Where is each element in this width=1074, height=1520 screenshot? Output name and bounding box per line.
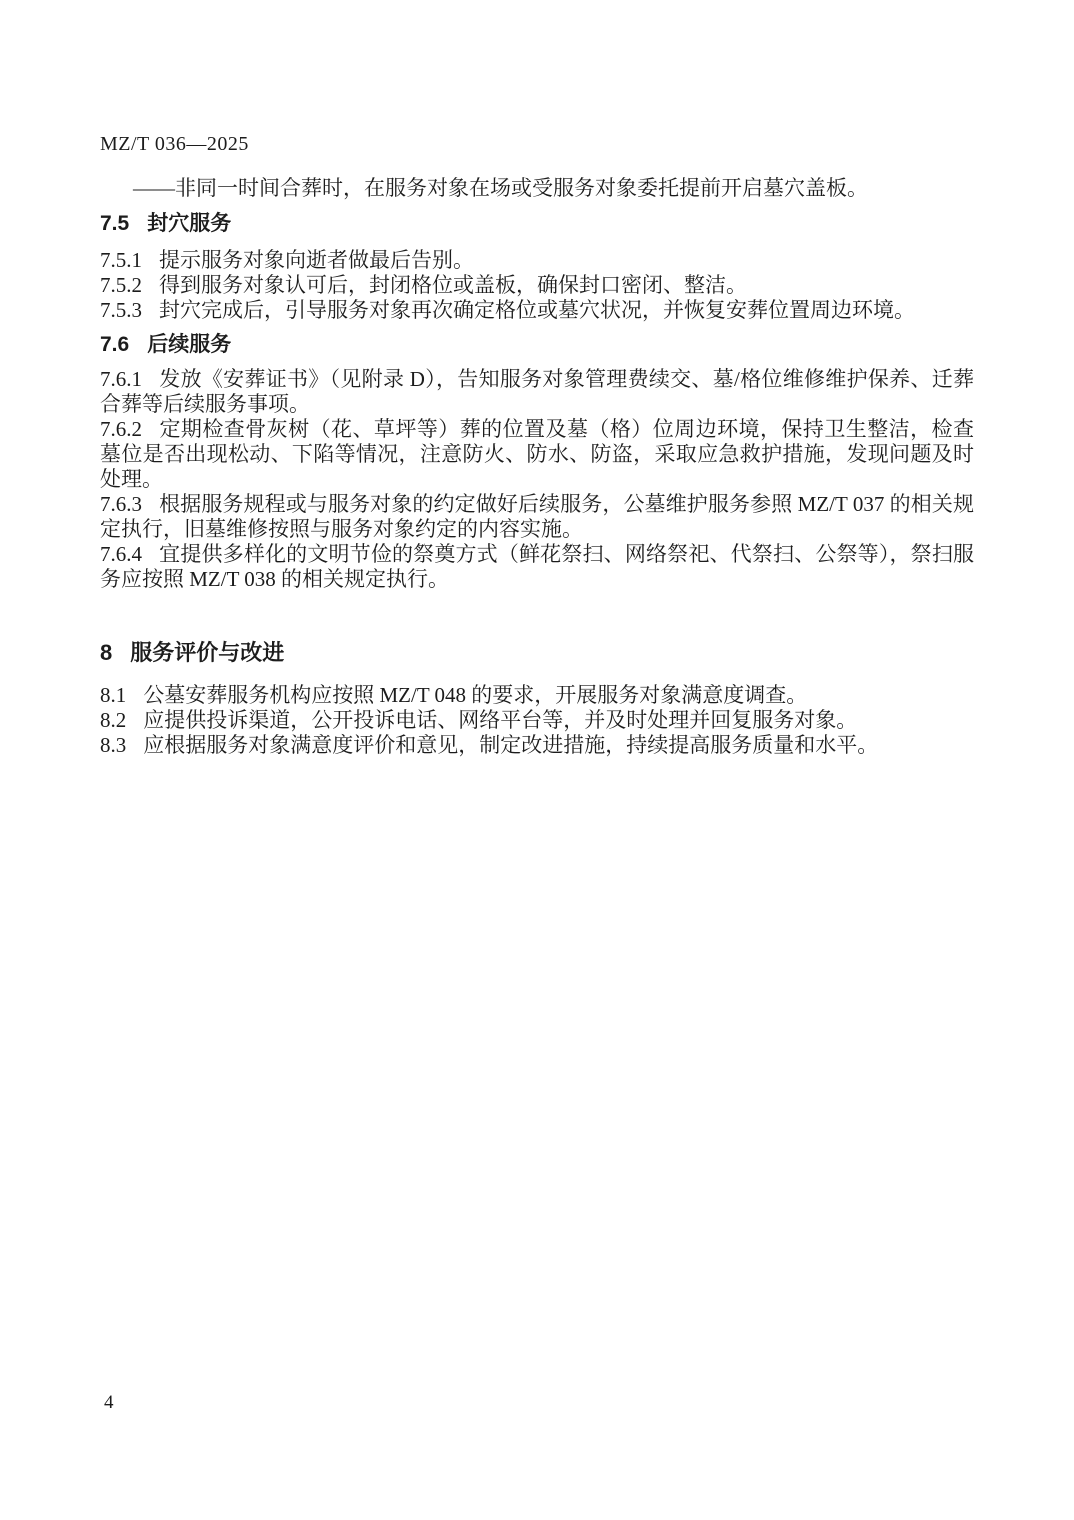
- clause-7-5-2: 7.5.2得到服务对象认可后，封闭格位或盖板，确保封口密闭、整洁。: [100, 273, 974, 298]
- clause-7-6-3: 7.6.3根据服务规程或与服务对象的约定做好后续服务，公墓维护服务参照 MZ/T…: [100, 492, 974, 542]
- clause-number: 8.3: [100, 733, 126, 757]
- document-page: MZ/T 036—2025 ——非同一时间合葬时，在服务对象在场或受服务对象委托…: [0, 0, 1074, 1520]
- section-number: 7.5: [100, 212, 129, 235]
- clause-text: 应提供投诉渠道，公开投诉电话、网络平台等，并及时处理并回复服务对象。: [143, 708, 857, 732]
- clause-number: 7.5.2: [100, 273, 142, 297]
- clause-8-1: 8.1公墓安葬服务机构应按照 MZ/T 048 的要求，开展服务对象满意度调查。: [100, 683, 974, 708]
- section-heading-7-5: 7.5封穴服务: [100, 212, 974, 236]
- section-title: 封穴服务: [147, 212, 231, 235]
- standard-number-header: MZ/T 036—2025: [100, 133, 974, 155]
- section-title: 服务评价与改进: [130, 640, 284, 665]
- clause-text: 得到服务对象认可后，封闭格位或盖板，确保封口密闭、整洁。: [159, 273, 747, 297]
- clause-text: 公墓安葬服务机构应按照 MZ/T 048 的要求，开展服务对象满意度调查。: [143, 683, 807, 707]
- clause-8-2: 8.2应提供投诉渠道，公开投诉电话、网络平台等，并及时处理并回复服务对象。: [100, 708, 974, 733]
- clause-7-5-1: 7.5.1提示服务对象向逝者做最后告别。: [100, 248, 974, 273]
- clause-number: 7.5.1: [100, 248, 142, 272]
- section-heading-7-6: 7.6后续服务: [100, 333, 974, 357]
- clause-7-5-3: 7.5.3封穴完成后，引导服务对象再次确定格位或墓穴状况，并恢复安葬位置周边环境…: [100, 298, 974, 323]
- clause-8-3: 8.3应根据服务对象满意度评价和意见，制定改进措施，持续提高服务质量和水平。: [100, 733, 974, 758]
- section-number: 8: [100, 640, 112, 665]
- dash-list-item: ——非同一时间合葬时，在服务对象在场或受服务对象委托提前开启墓穴盖板。: [100, 176, 974, 201]
- clause-7-6-2: 7.6.2定期检查骨灰树（花、草坪等）葬的位置及墓（格）位周边环境，保持卫生整洁…: [100, 417, 974, 492]
- clause-text: 宜提供多样化的文明节俭的祭奠方式（鲜花祭扫、网络祭祀、代祭扫、公祭等），祭扫服务…: [100, 542, 974, 591]
- clause-text: 定期检查骨灰树（花、草坪等）葬的位置及墓（格）位周边环境，保持卫生整洁，检查墓位…: [100, 417, 974, 491]
- section-number: 7.6: [100, 333, 129, 356]
- clause-text: 提示服务对象向逝者做最后告别。: [159, 248, 474, 272]
- clause-7-6-4: 7.6.4宜提供多样化的文明节俭的祭奠方式（鲜花祭扫、网络祭祀、代祭扫、公祭等）…: [100, 542, 974, 592]
- clause-text: 发放《安葬证书》（见附录 D），告知服务对象管理费续交、墓/格位维修维护保养、迁…: [100, 367, 974, 416]
- clause-number: 7.6.1: [100, 367, 142, 391]
- clause-number: 7.6.4: [100, 542, 142, 566]
- clause-number: 7.6.3: [100, 492, 142, 516]
- clause-number: 7.5.3: [100, 298, 142, 322]
- clause-text: 应根据服务对象满意度评价和意见，制定改进措施，持续提高服务质量和水平。: [143, 733, 878, 757]
- clause-number: 7.6.2: [100, 417, 142, 441]
- clause-number: 8.2: [100, 708, 126, 732]
- clause-text: 根据服务规程或与服务对象的约定做好后续服务，公墓维护服务参照 MZ/T 037 …: [100, 492, 974, 541]
- page-number: 4: [104, 1392, 114, 1414]
- clause-7-6-1: 7.6.1发放《安葬证书》（见附录 D），告知服务对象管理费续交、墓/格位维修维…: [100, 367, 974, 417]
- clause-number: 8.1: [100, 683, 126, 707]
- section-title: 后续服务: [147, 333, 231, 356]
- section-heading-8: 8服务评价与改进: [100, 640, 974, 666]
- clause-text: 封穴完成后，引导服务对象再次确定格位或墓穴状况，并恢复安葬位置周边环境。: [159, 298, 915, 322]
